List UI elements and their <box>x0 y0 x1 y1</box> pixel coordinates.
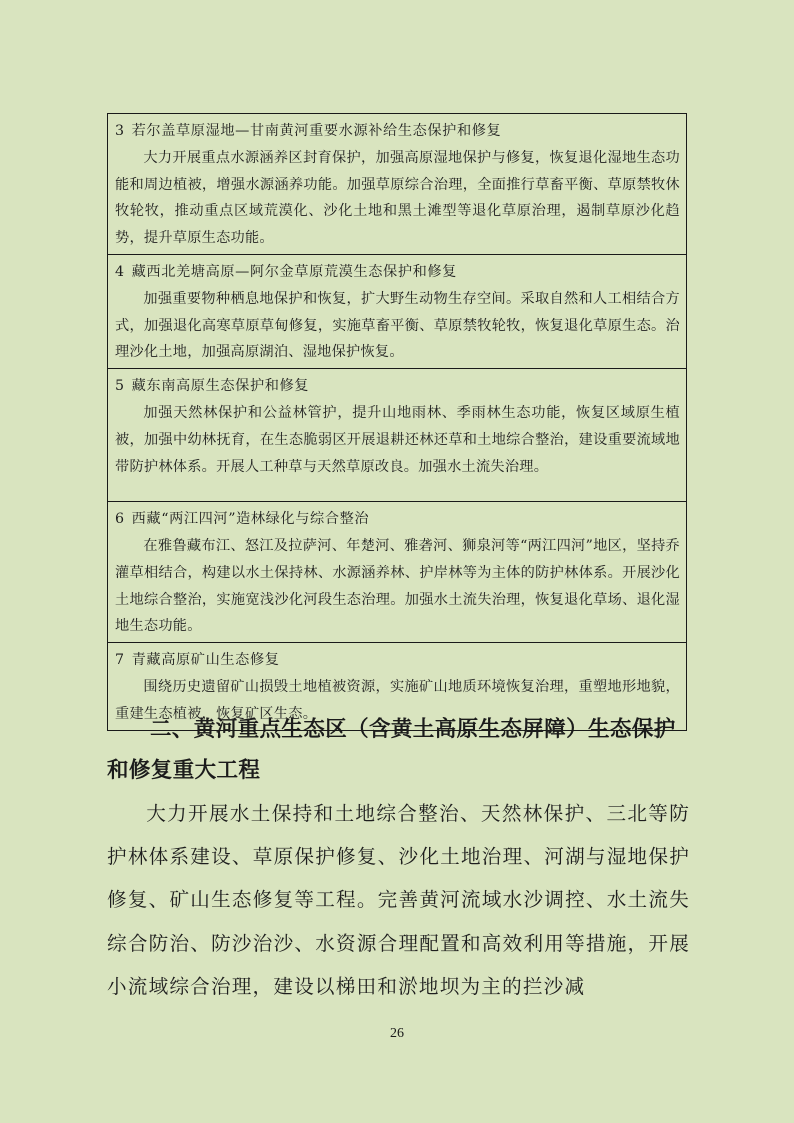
table-cell: 3若尔盖草原湿地—甘南黄河重要水源补给生态保护和修复 大力开展重点水源涵养区封育… <box>108 114 687 255</box>
body-paragraph: 大力开展水土保持和土地综合整治、天然林保护、三北等防护林体系建设、草原保护修复、… <box>107 792 690 1008</box>
table-row: 5藏东南高原生态保护和修复 加强天然林保护和公益林管护，提升山地雨林、季雨林生态… <box>108 369 687 502</box>
project-title: 6西藏“两江四河”造林绿化与综合整治 <box>115 506 680 533</box>
project-number: 4 <box>115 259 125 286</box>
table-cell: 5藏东南高原生态保护和修复 加强天然林保护和公益林管护，提升山地雨林、季雨林生态… <box>108 369 687 502</box>
project-description: 加强天然林保护和公益林管护，提升山地雨林、季雨林生态功能，恢复区域原生植被，加强… <box>115 400 680 480</box>
project-title: 3若尔盖草原湿地—甘南黄河重要水源补给生态保护和修复 <box>115 118 680 145</box>
project-number: 6 <box>115 506 125 533</box>
project-number: 5 <box>115 373 125 400</box>
table-row: 4藏西北羌塘高原—阿尔金草原荒漠生态保护和修复 加强重要物种栖息地保护和恢复，扩… <box>108 254 687 368</box>
project-number: 7 <box>115 647 125 674</box>
project-title: 7青藏高原矿山生态修复 <box>115 647 680 674</box>
table-row: 6西藏“两江四河”造林绿化与综合整治 在雅鲁藏布江、怒江及拉萨河、年楚河、雅砻河… <box>108 502 687 643</box>
project-title-text: 西藏“两江四河”造林绿化与综合整治 <box>132 511 370 527</box>
project-title-text: 藏西北羌塘高原—阿尔金草原荒漠生态保护和修复 <box>132 264 457 280</box>
table-row: 3若尔盖草原湿地—甘南黄河重要水源补给生态保护和修复 大力开展重点水源涵养区封育… <box>108 114 687 255</box>
table-cell: 4藏西北羌塘高原—阿尔金草原荒漠生态保护和修复 加强重要物种栖息地保护和恢复，扩… <box>108 254 687 368</box>
project-title: 4藏西北羌塘高原—阿尔金草原荒漠生态保护和修复 <box>115 259 680 286</box>
section-heading: 二、黄河重点生态区（含黄土高原生态屏障）生态保护和修复重大工程 <box>107 709 690 791</box>
project-description: 大力开展重点水源涵养区封育保护，加强高原湿地保护与修复，恢复退化湿地生态功能和周… <box>115 145 680 252</box>
project-title-text: 若尔盖草原湿地—甘南黄河重要水源补给生态保护和修复 <box>132 123 502 139</box>
project-number: 3 <box>115 118 125 145</box>
document-page: 3若尔盖草原湿地—甘南黄河重要水源补给生态保护和修复 大力开展重点水源涵养区封育… <box>0 0 794 1123</box>
project-description: 加强重要物种栖息地保护和恢复，扩大野生动物生存空间。采取自然和人工相结合方式，加… <box>115 286 680 366</box>
project-title-text: 藏东南高原生态保护和修复 <box>132 378 309 394</box>
project-description: 在雅鲁藏布江、怒江及拉萨河、年楚河、雅砻河、狮泉河等“两江四河”地区，坚持乔灌草… <box>115 533 680 640</box>
table-cell: 6西藏“两江四河”造林绿化与综合整治 在雅鲁藏布江、怒江及拉萨河、年楚河、雅砻河… <box>108 502 687 643</box>
project-table: 3若尔盖草原湿地—甘南黄河重要水源补给生态保护和修复 大力开展重点水源涵养区封育… <box>107 113 687 731</box>
project-title-text: 青藏高原矿山生态修复 <box>132 652 280 668</box>
project-title: 5藏东南高原生态保护和修复 <box>115 373 680 400</box>
page-number: 26 <box>0 1026 794 1042</box>
